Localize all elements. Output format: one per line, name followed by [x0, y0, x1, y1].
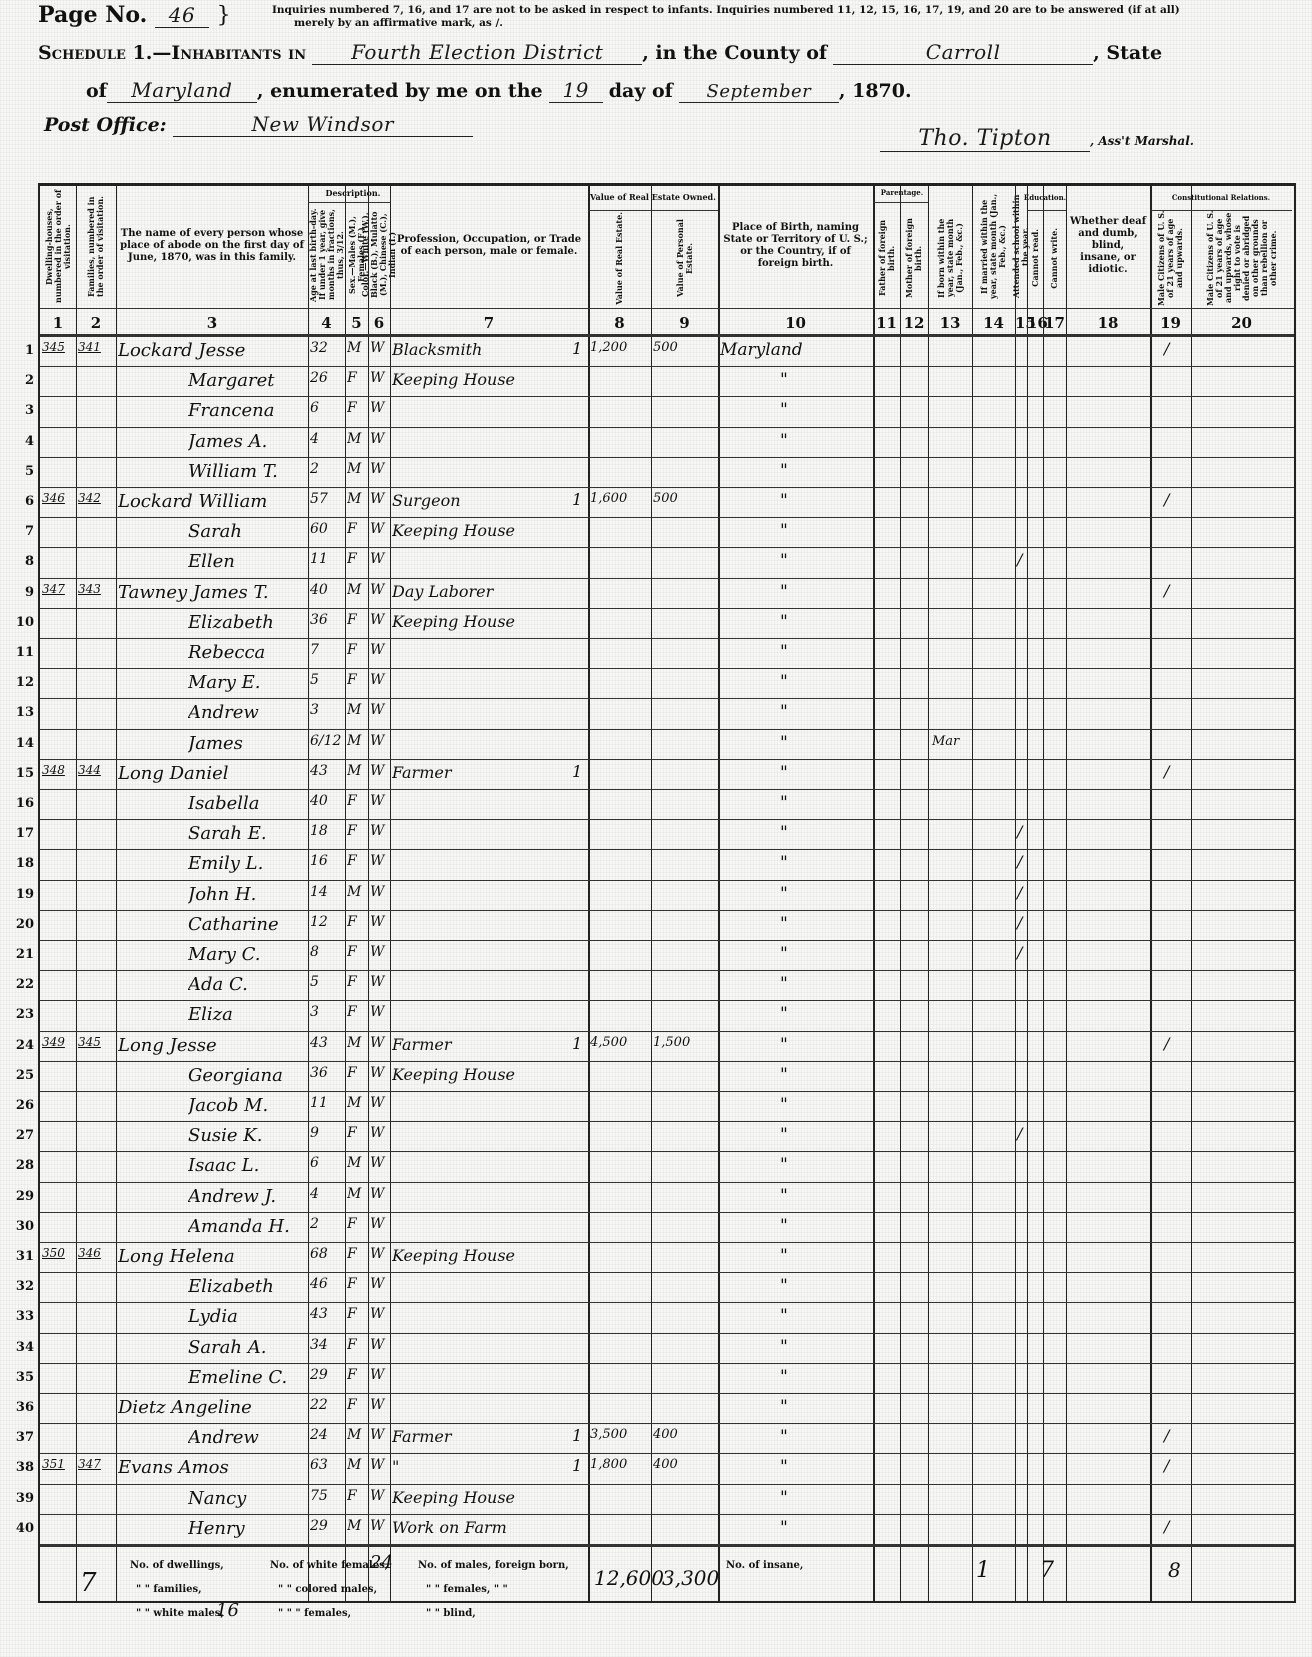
cell-dwelling: 345 [42, 340, 74, 354]
cell-age: 11 [310, 551, 343, 567]
cell-dwelling: 349 [42, 1035, 74, 1049]
line-number: 10 [10, 615, 34, 630]
cell-occupation: Farmer [392, 1035, 586, 1054]
cell-occupation: Farmer [392, 1427, 586, 1446]
line-number: 7 [10, 524, 34, 539]
cell-color: W [370, 1457, 388, 1473]
row-divider [40, 1151, 1294, 1152]
cell-name: Elizabeth [188, 1276, 306, 1297]
column-number: 12 [900, 311, 928, 335]
line-number: 12 [10, 675, 34, 690]
column-number: 5 [345, 311, 368, 335]
footer-white-females: 24 [370, 1552, 393, 1573]
cell-sex: F [347, 793, 366, 809]
cell-sex: F [347, 370, 366, 386]
line-number: 33 [10, 1309, 34, 1324]
cell-age: 60 [310, 521, 343, 537]
cell-family: 343 [78, 582, 114, 596]
column-divider [368, 186, 369, 1601]
cell-age: 29 [310, 1367, 343, 1383]
column-header-8: Value of Real Estate. [588, 210, 651, 306]
cell-name: Long Daniel [118, 763, 306, 784]
line-number: 34 [10, 1340, 34, 1355]
school-mark: / [1017, 943, 1022, 962]
cell-color: W [370, 763, 388, 779]
cell-color: W [370, 551, 388, 567]
column-header-6: Color.—White (W.), Black (B.), Mulatto (… [368, 204, 390, 306]
cell-color: W [370, 1306, 388, 1322]
cell-sex: F [347, 400, 366, 416]
occupation-tally: 1 [572, 1034, 582, 1053]
cell-name: Mary C. [188, 944, 306, 965]
cell-name: Henry [188, 1518, 306, 1539]
header-divider [40, 334, 1294, 337]
line-number: 36 [10, 1400, 34, 1415]
cell-age: 8 [310, 944, 343, 960]
cell-color: W [370, 944, 388, 960]
cell-age: 36 [310, 612, 343, 628]
cell-birthplace: " [780, 1216, 931, 1236]
column-divider [116, 186, 117, 1601]
cell-family: 342 [78, 491, 114, 505]
school-mark: / [1017, 1124, 1022, 1143]
cell-name: Andrew J. [188, 1186, 306, 1207]
column-header-11: Father of foreign birth. [873, 210, 900, 306]
cell-sex: M [347, 1186, 366, 1202]
cell-name: Catharine [188, 914, 306, 935]
group-divider [588, 210, 718, 211]
line-number: 23 [10, 1007, 34, 1022]
cell-sex: F [347, 1004, 366, 1020]
column-divider [1191, 186, 1192, 1601]
column-divider [1150, 186, 1152, 1601]
row-divider [40, 1212, 1294, 1213]
cell-name: Lockard William [118, 491, 306, 512]
line-number: 9 [10, 585, 34, 600]
cell-dwelling: 351 [42, 1457, 74, 1471]
column-header-1: Dwelling-houses, numbered in the order o… [40, 186, 76, 306]
cell-birthplace: " [780, 793, 931, 813]
cell-sex: M [347, 702, 366, 718]
column-number: 11 [873, 311, 900, 335]
row-divider [40, 789, 1294, 790]
line-number: 20 [10, 917, 34, 932]
line-number: 21 [10, 947, 34, 962]
line-number: 22 [10, 977, 34, 992]
cell-name: William T. [188, 461, 306, 482]
cell-birthplace: " [780, 1035, 931, 1055]
cell-sex: M [347, 582, 366, 598]
cell-name: Emeline C. [188, 1367, 306, 1388]
column-number: 18 [1066, 311, 1150, 335]
cell-color: W [370, 400, 388, 416]
cell-name: Long Helena [118, 1246, 306, 1267]
line-number: 1 [10, 343, 34, 358]
column-number: 16 [1027, 311, 1043, 335]
cell-birthplace: " [780, 1125, 931, 1145]
cell-birthplace: " [780, 974, 931, 994]
census-page: Page No. 46 } Inquiries numbered 7, 16, … [0, 0, 1312, 1657]
column-divider [1015, 186, 1016, 1601]
state: Maryland [107, 78, 257, 103]
occupation-tally: 1 [572, 1426, 582, 1445]
column-divider [972, 186, 973, 1601]
column-divider [1027, 186, 1028, 1601]
cell-real: 1,600 [590, 491, 649, 506]
line-number: 29 [10, 1189, 34, 1204]
citizen-mark: / [1164, 490, 1169, 509]
cell-color: W [370, 1246, 388, 1262]
line-number: 28 [10, 1158, 34, 1173]
cell-age: 2 [310, 1216, 343, 1232]
footer-real-estate-total: 12,600 [594, 1566, 664, 1590]
line-number: 40 [10, 1521, 34, 1536]
line-number: 14 [10, 736, 34, 751]
cell-age: 63 [310, 1457, 343, 1473]
cell-occupation: Keeping House [392, 370, 586, 389]
cell-name: Isaac L. [188, 1155, 306, 1176]
row-divider [40, 457, 1294, 458]
cell-age: 43 [310, 763, 343, 779]
column-number: 10 [718, 311, 873, 335]
cell-birthplace: " [780, 1457, 931, 1477]
cell-age: 34 [310, 1337, 343, 1353]
cell-birthplace: " [780, 400, 931, 420]
cell-sex: F [347, 1216, 366, 1232]
cell-age: 16 [310, 853, 343, 869]
cell-birthplace: " [780, 1337, 931, 1357]
cell-birthplace: Maryland [720, 340, 871, 360]
cell-age: 26 [310, 370, 343, 386]
cell-sex: M [347, 1457, 366, 1473]
school-mark: / [1017, 913, 1022, 932]
line-number: 38 [10, 1460, 34, 1475]
cell-name: Tawney James T. [118, 582, 306, 603]
cell-birthplace: " [780, 521, 931, 541]
cell-sex: F [347, 1246, 366, 1262]
cell-color: W [370, 733, 388, 749]
row-divider [40, 698, 1294, 699]
cell-sex: M [347, 431, 366, 447]
cell-age: 46 [310, 1276, 343, 1292]
line-number: 19 [10, 887, 34, 902]
cell-color: W [370, 1427, 388, 1443]
row-divider [40, 940, 1294, 941]
cell-birthplace: " [780, 853, 931, 873]
cell-color: W [370, 702, 388, 718]
cell-name: Evans Amos [118, 1457, 306, 1478]
cell-name: Rebecca [188, 642, 306, 663]
row-divider [40, 487, 1294, 488]
cell-age: 5 [310, 672, 343, 688]
column-header-3: The name of every person whose place of … [116, 186, 308, 306]
row-divider [40, 608, 1294, 609]
cell-name: Lydia [188, 1306, 306, 1327]
cell-color: W [370, 823, 388, 839]
cell-sex: F [347, 1488, 366, 1504]
cell-birthplace: " [780, 551, 931, 571]
cell-age: 40 [310, 582, 343, 598]
cell-name: Eliza [188, 1004, 306, 1025]
citizen-mark: / [1164, 339, 1169, 358]
line-number: 5 [10, 464, 34, 479]
cell-name: Sarah [188, 521, 306, 542]
cell-age: 24 [310, 1427, 343, 1443]
cell-color: W [370, 914, 388, 930]
row-divider [40, 819, 1294, 820]
footer-label: No. of dwellings, [130, 1560, 224, 1571]
cell-sex: M [347, 884, 366, 900]
column-divider [1043, 186, 1044, 1601]
column-number: 7 [390, 311, 588, 335]
column-header-20: Male Citizens of U. S. of 21 years of ag… [1191, 210, 1292, 306]
row-divider [40, 547, 1294, 548]
cell-name: Andrew [188, 1427, 306, 1448]
line-number: 18 [10, 856, 34, 871]
line-number: 30 [10, 1219, 34, 1234]
cell-birthplace: " [780, 1397, 931, 1417]
cell-real: 1,200 [590, 340, 649, 355]
born-in-year-month: Mar [932, 734, 959, 749]
cell-color: W [370, 1367, 388, 1383]
cell-real: 4,500 [590, 1035, 649, 1050]
footer-citizen-total: 8 [1168, 1558, 1181, 1582]
row-divider [40, 910, 1294, 911]
cell-name: James A. [188, 431, 306, 452]
cell-sex: F [347, 672, 366, 688]
header-divider [40, 308, 1294, 309]
row-divider [40, 970, 1294, 971]
footer-label: No. of males, foreign born, [418, 1560, 569, 1571]
page-number-label: Page No. 46 } [38, 2, 231, 28]
row-divider [40, 668, 1294, 669]
line-number: 37 [10, 1430, 34, 1445]
row-divider [40, 517, 1294, 518]
cell-birthplace: " [780, 1367, 931, 1387]
cell-age: 11 [310, 1095, 343, 1111]
line-number: 26 [10, 1098, 34, 1113]
cell-birthplace: " [780, 1427, 931, 1447]
cell-color: W [370, 491, 388, 507]
group-education: Education. [1024, 186, 1066, 208]
cell-occupation: " [392, 1457, 586, 1476]
cell-sex: M [347, 1035, 366, 1051]
column-number: 19 [1150, 311, 1191, 335]
cell-personal: 500 [653, 340, 716, 355]
line-number: 32 [10, 1279, 34, 1294]
line-number: 13 [10, 705, 34, 720]
row-divider [40, 1121, 1294, 1122]
cell-color: W [370, 1518, 388, 1534]
column-number: 9 [651, 311, 718, 335]
cell-color: W [370, 1186, 388, 1202]
column-header-17: Cannot write. [1043, 210, 1066, 306]
citizen-mark: / [1164, 581, 1169, 600]
enumeration-day: 19 [549, 78, 603, 103]
line-number: 3 [10, 403, 34, 418]
cell-color: W [370, 974, 388, 990]
cell-name: Ada C. [188, 974, 306, 995]
cell-color: W [370, 1065, 388, 1081]
school-mark: / [1017, 852, 1022, 871]
cell-occupation: Keeping House [392, 1065, 586, 1084]
cell-color: W [370, 340, 388, 356]
footer-label: " " females, " " [426, 1584, 508, 1595]
cell-color: W [370, 1125, 388, 1141]
group-divider [308, 202, 390, 203]
cell-birthplace: " [780, 1004, 931, 1024]
cell-sex: F [347, 612, 366, 628]
cell-birthplace: " [780, 461, 931, 481]
cell-birthplace: " [780, 370, 931, 390]
cell-name: James [188, 733, 306, 754]
row-divider [40, 1363, 1294, 1364]
row-divider [40, 1182, 1294, 1183]
cell-name: Long Jesse [118, 1035, 306, 1056]
county: Carroll [833, 40, 1093, 65]
occupation-tally: 1 [572, 490, 582, 509]
occupation-tally: 1 [572, 339, 582, 358]
cell-occupation: Keeping House [392, 612, 586, 631]
cell-family: 346 [78, 1246, 114, 1260]
column-number: 8 [588, 311, 651, 335]
cell-sex: F [347, 1306, 366, 1322]
row-divider [40, 1061, 1294, 1062]
cell-sex: F [347, 823, 366, 839]
column-number: 13 [928, 311, 972, 335]
cell-color: W [370, 521, 388, 537]
cell-sex: F [347, 1065, 366, 1081]
cell-birthplace: " [780, 763, 931, 783]
cell-color: W [370, 1155, 388, 1171]
footer-label: " " colored males, [278, 1584, 377, 1595]
column-divider [76, 186, 77, 1601]
group-description: Description. [308, 186, 398, 200]
group-parentage: Parentage. [873, 186, 931, 200]
cell-name: Emily L. [188, 853, 306, 874]
column-header-4: Age at last birth-day. If under 1 year, … [308, 204, 345, 306]
occupation-tally: 1 [572, 762, 582, 781]
cell-age: 75 [310, 1488, 343, 1504]
cell-sex: M [347, 1155, 366, 1171]
post-office: New Windsor [173, 112, 473, 137]
cell-color: W [370, 1337, 388, 1353]
line-number: 8 [10, 554, 34, 569]
cell-age: 2 [310, 461, 343, 477]
footer-white-males: 16 [216, 1600, 239, 1621]
cell-age: 4 [310, 1186, 343, 1202]
footer-label: " " " females, [278, 1608, 351, 1619]
cell-birthplace: " [780, 582, 931, 602]
group-constitutional: Constitutional Relations. [1150, 186, 1292, 208]
column-number: 3 [116, 311, 308, 335]
row-divider [40, 880, 1294, 881]
cell-age: 7 [310, 642, 343, 658]
line-number: 15 [10, 766, 34, 781]
line-number: 27 [10, 1128, 34, 1143]
cell-occupation: Surgeon [392, 491, 586, 510]
cell-color: W [370, 370, 388, 386]
cell-name: Dietz Angeline [118, 1397, 306, 1418]
column-divider [651, 186, 652, 1601]
group-divider [873, 202, 928, 203]
cell-family: 345 [78, 1035, 114, 1049]
cell-color: W [370, 582, 388, 598]
district: Fourth Election District [312, 40, 642, 65]
cell-occupation: Keeping House [392, 1246, 586, 1265]
cell-occupation: Keeping House [392, 1488, 586, 1507]
cell-birthplace: " [780, 1155, 931, 1175]
cell-color: W [370, 884, 388, 900]
cell-dwelling: 348 [42, 763, 74, 777]
line-number: 17 [10, 826, 34, 841]
column-number: 20 [1191, 311, 1292, 335]
cell-age: 5 [310, 974, 343, 990]
column-number: 17 [1043, 311, 1066, 335]
cell-sex: F [347, 521, 366, 537]
cell-color: W [370, 461, 388, 477]
row-divider [40, 1242, 1294, 1243]
cell-age: 18 [310, 823, 343, 839]
cell-name: Francena [188, 400, 306, 421]
row-divider [40, 396, 1294, 397]
cell-name: Isabella [188, 793, 306, 814]
cell-sex: M [347, 1095, 366, 1111]
cell-age: 57 [310, 491, 343, 507]
row-divider [40, 427, 1294, 428]
row-divider [40, 849, 1294, 850]
column-header-2: Families, numbered in the order of visit… [76, 186, 116, 306]
row-divider [40, 1484, 1294, 1485]
footer-label: " " blind, [426, 1608, 476, 1619]
column-number: 15 [1015, 311, 1027, 335]
row-divider [40, 1423, 1294, 1424]
citizen-mark: / [1164, 1034, 1169, 1053]
footer-label: " " white males, [136, 1608, 224, 1619]
row-divider [40, 1514, 1294, 1515]
column-divider [1066, 186, 1067, 1601]
cell-birthplace: " [780, 491, 931, 511]
row-divider [40, 1333, 1294, 1334]
cell-color: W [370, 1397, 388, 1413]
row-divider [40, 1031, 1294, 1032]
cell-dwelling: 350 [42, 1246, 74, 1260]
cell-sex: F [347, 642, 366, 658]
cell-color: W [370, 1095, 388, 1111]
school-mark: / [1017, 550, 1022, 569]
footer-label: No. of insane, [726, 1560, 803, 1571]
cell-name: Susie K. [188, 1125, 306, 1146]
column-header-9: Value of Personal Estate. [651, 210, 718, 306]
footer-cannot-write-total: 7 [1040, 1558, 1054, 1583]
column-header-18: Whether deaf and dumb, blind, insane, or… [1066, 186, 1150, 306]
cell-age: 3 [310, 1004, 343, 1020]
cell-birthplace: " [780, 1488, 931, 1508]
cell-name: Mary E. [188, 672, 306, 693]
group-divider [1150, 210, 1292, 211]
cell-color: W [370, 672, 388, 688]
cell-birthplace: " [780, 733, 931, 753]
cell-color: W [370, 1276, 388, 1292]
cell-age: 68 [310, 1246, 343, 1262]
cell-sex: M [347, 1518, 366, 1534]
cell-occupation: Farmer [392, 763, 586, 782]
cell-age: 36 [310, 1065, 343, 1081]
column-header-12: Mother of foreign birth. [900, 210, 928, 306]
cell-birthplace: " [780, 612, 931, 632]
line-number: 35 [10, 1370, 34, 1385]
footer-school-total: 1 [976, 1558, 990, 1583]
